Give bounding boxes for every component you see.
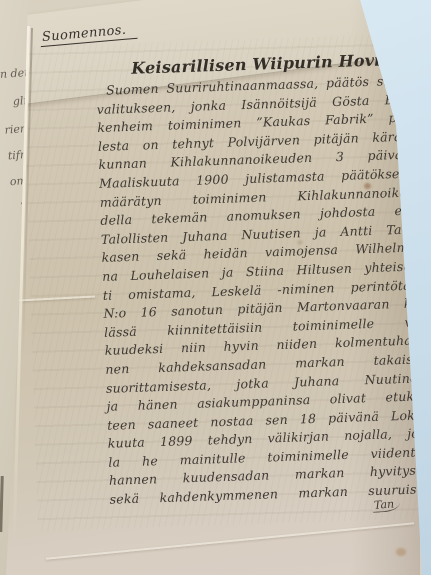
adjacent-page-fragment: n det	[0, 67, 27, 81]
paper-stain	[396, 548, 406, 556]
adjacent-page-fragment: gli	[0, 95, 27, 109]
document-photo: n det gli rien tifn om 7 Suomennos. Keis…	[0, 0, 431, 575]
handwritten-text-block: Keisarillisen Wiipurin Hovioikeuden, Suo…	[95, 47, 430, 509]
adjacent-page-fragment: rien	[0, 123, 27, 137]
page-edge-shadow	[0, 476, 4, 532]
main-page: Suomennos. Keisarillisen Wiipurin Hovioi…	[0, 0, 431, 575]
